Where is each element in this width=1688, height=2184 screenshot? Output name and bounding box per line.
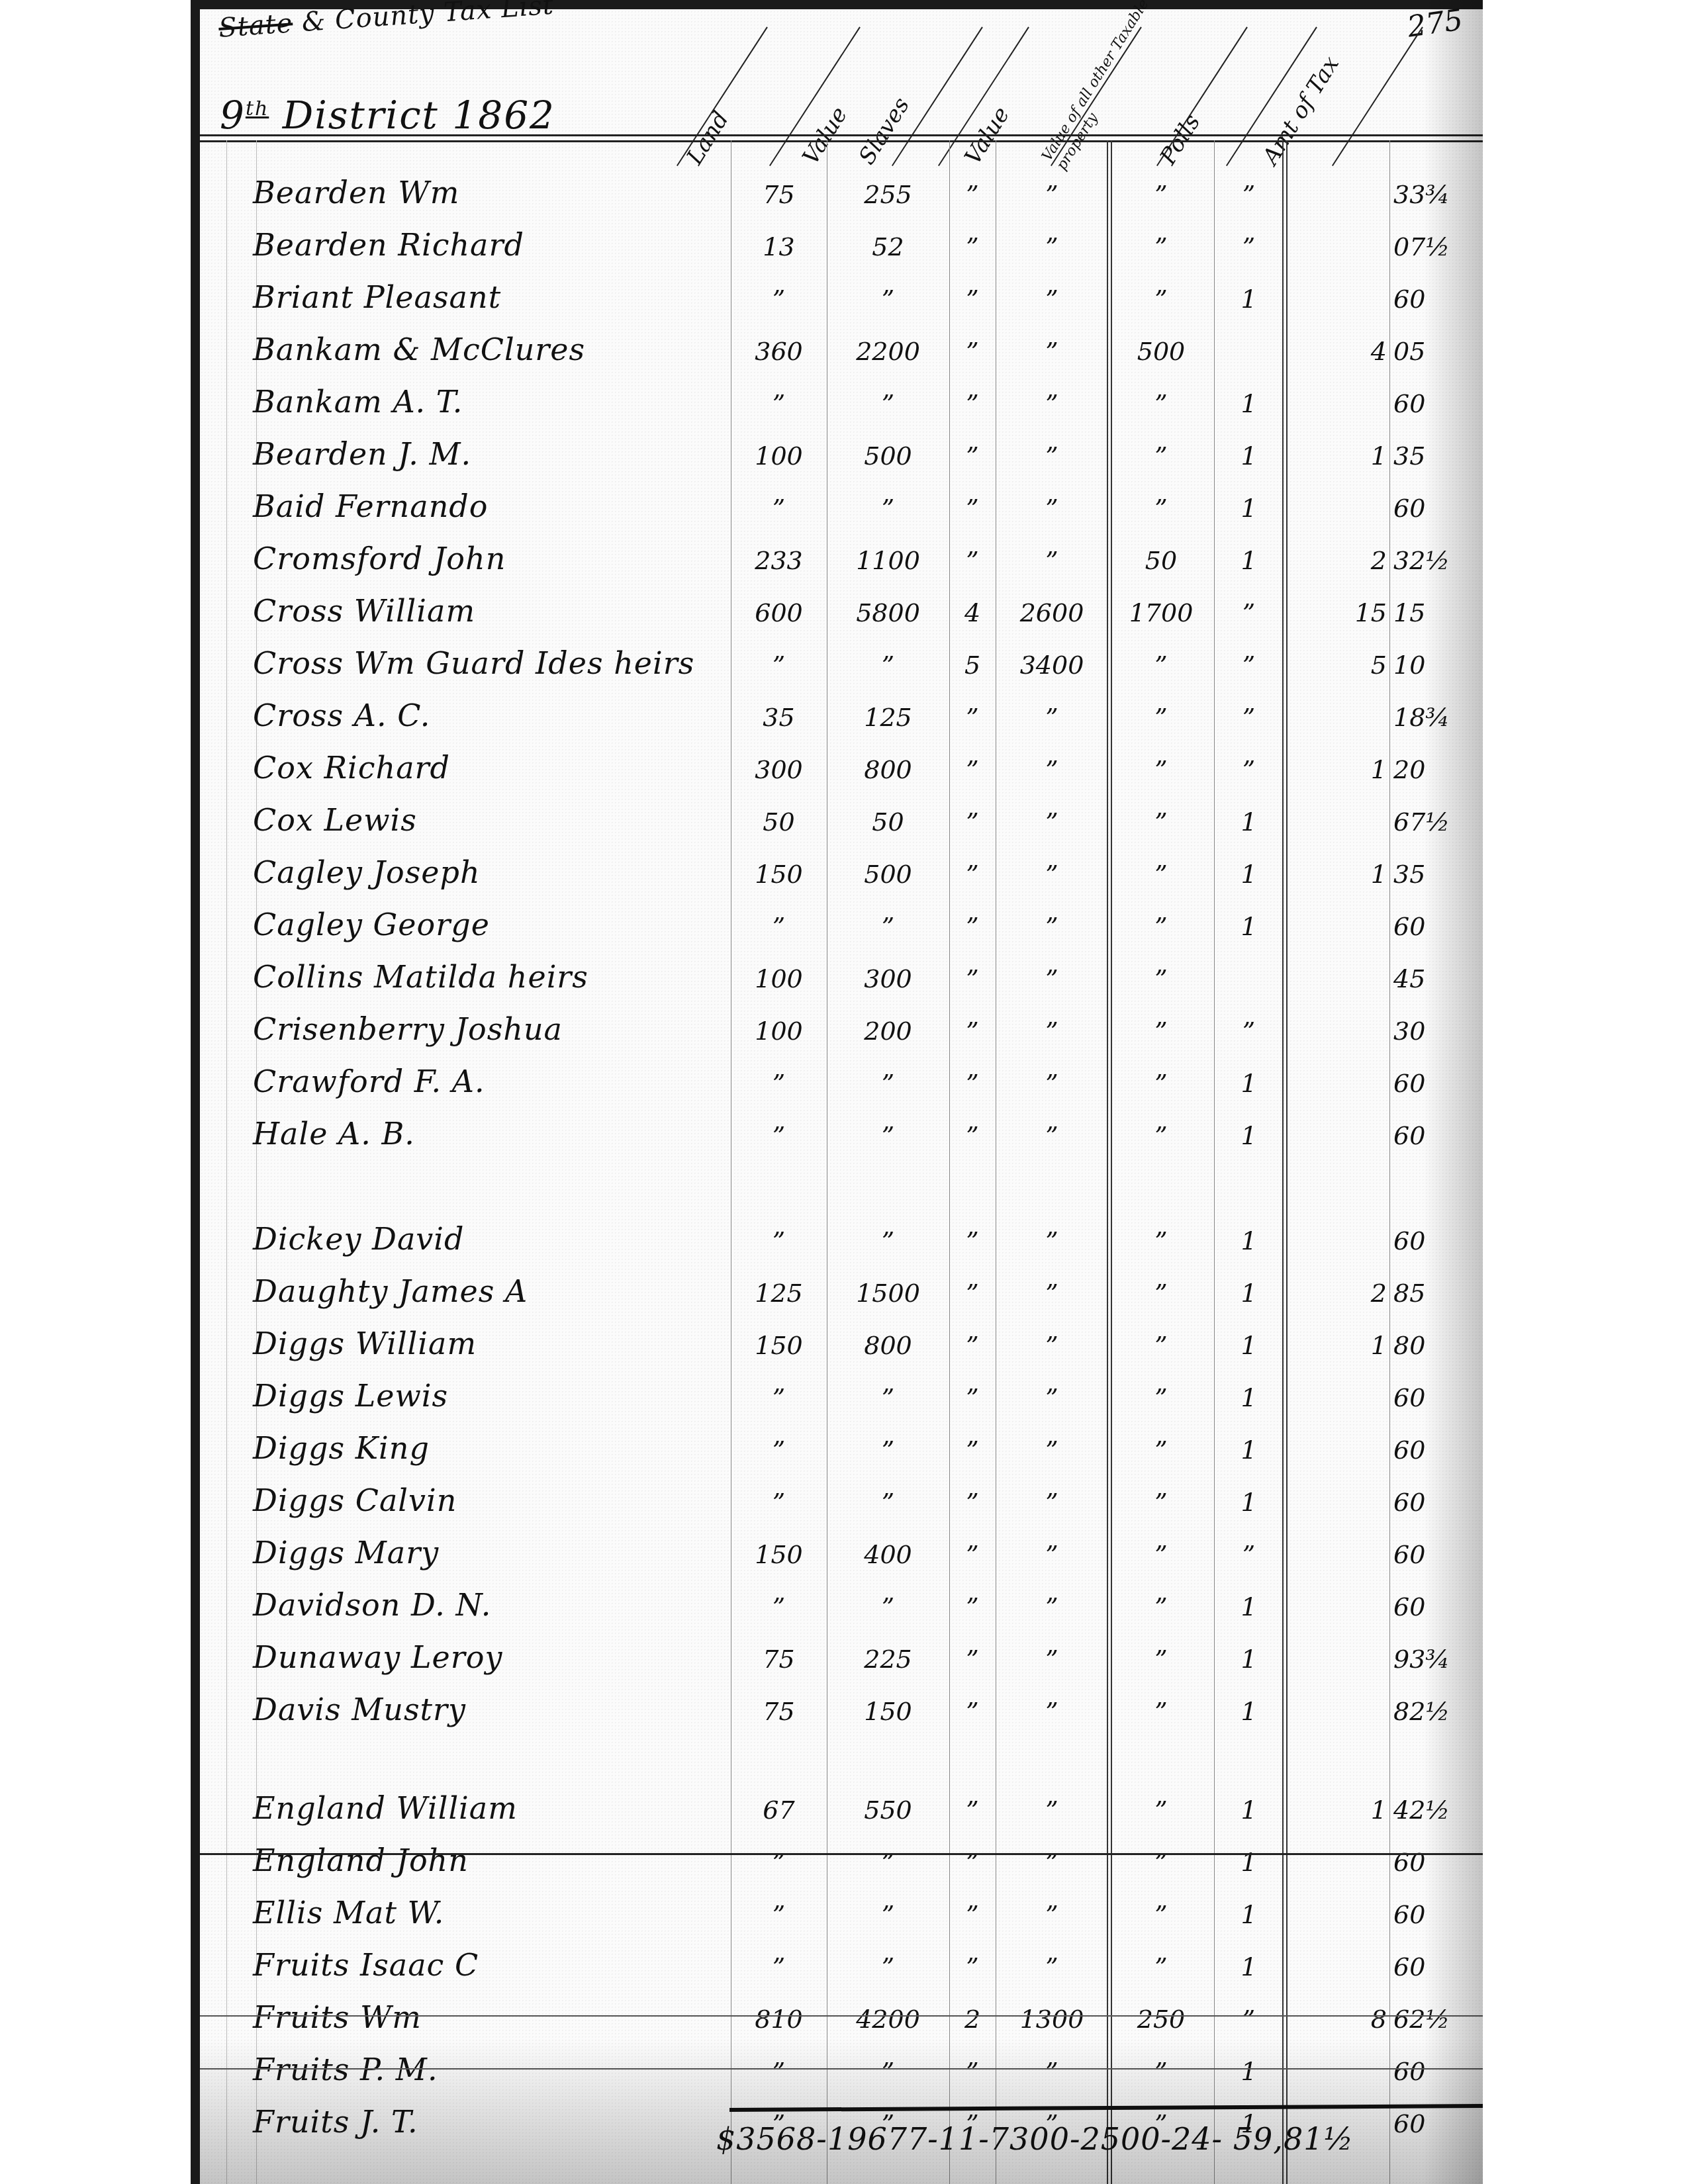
polls-cell: 1 — [1214, 807, 1284, 837]
slave-value-cell: ” — [996, 1952, 1108, 1981]
slave-value-cell: ” — [996, 1592, 1108, 1621]
table-row: Collins Matilda heirs100300”””45 — [200, 955, 1483, 1001]
land-cell: 67 — [731, 1796, 827, 1825]
other-property-cell: ” — [1108, 1900, 1214, 1929]
slave-value-cell: ” — [996, 1017, 1108, 1046]
table-row: Hale A. B.”””””160 — [200, 1112, 1483, 1158]
polls-cell: 1 — [1214, 285, 1284, 314]
tax-cents-cell: 85 — [1389, 1279, 1483, 1308]
tax-dollars-cell: 2 — [1284, 546, 1389, 575]
slave-value-cell: ” — [996, 389, 1108, 418]
taxpayer-name: Davis Mustry — [253, 1692, 466, 1727]
other-property-cell: ” — [1108, 1226, 1214, 1255]
slaves-cell: ” — [949, 1848, 996, 1877]
polls-cell: 1 — [1214, 1331, 1284, 1360]
slaves-cell: ” — [949, 1069, 996, 1098]
other-property-cell: ” — [1108, 1952, 1214, 1981]
slave-value-cell: ” — [996, 546, 1108, 575]
land-value-cell: 50 — [827, 807, 949, 837]
land-cell: ” — [731, 2057, 827, 2086]
table-row: Bankam A. T.”””””160 — [200, 380, 1483, 426]
land-value-cell: 150 — [827, 1697, 949, 1726]
tax-cents-cell: 60 — [1389, 912, 1483, 941]
table-row: Fruits Isaac C”””””160 — [200, 1943, 1483, 1989]
taxpayer-name: Bankam & McClures — [253, 332, 585, 367]
land-value-cell: 550 — [827, 1796, 949, 1825]
land-cell: 75 — [731, 180, 827, 209]
polls-cell: 1 — [1214, 1069, 1284, 1098]
tax-cents-cell: 35 — [1389, 441, 1483, 471]
land-cell: ” — [731, 1226, 827, 1255]
slave-value-cell: ” — [996, 1848, 1108, 1877]
slaves-cell: ” — [949, 1017, 996, 1046]
taxpayer-name: Cox Richard — [253, 750, 450, 786]
slaves-cell: ” — [949, 389, 996, 418]
district-title: 9th District 1862 — [220, 93, 555, 138]
land-cell: ” — [731, 1121, 827, 1150]
slaves-cell: ” — [949, 1952, 996, 1981]
land-cell: ” — [731, 389, 827, 418]
taxpayer-name: Diggs King — [253, 1430, 430, 1466]
tax-dollars-cell: 15 — [1284, 598, 1389, 627]
slaves-cell: ” — [949, 1435, 996, 1465]
slaves-cell: ” — [949, 494, 996, 523]
table-row: Davidson D. N.”””””160 — [200, 1583, 1483, 1629]
land-value-cell: 800 — [827, 1331, 949, 1360]
other-property-cell: ” — [1108, 2057, 1214, 2086]
slaves-cell: ” — [949, 703, 996, 732]
polls-cell: 1 — [1214, 912, 1284, 941]
table-row: England John”””””160 — [200, 1839, 1483, 1885]
table-row: Diggs King”””””160 — [200, 1426, 1483, 1473]
tax-cents-cell: 20 — [1389, 755, 1483, 784]
table-row: Cox Lewis5050”””167½ — [200, 798, 1483, 844]
land-value-cell: ” — [827, 651, 949, 680]
table-row: Ellis Mat W.”””””160 — [200, 1891, 1483, 1937]
other-property-cell: ” — [1108, 232, 1214, 261]
land-value-cell: ” — [827, 2057, 949, 2086]
slaves-cell: ” — [949, 860, 996, 889]
district-year: District 1862 — [269, 93, 555, 138]
slave-value-cell: ” — [996, 1900, 1108, 1929]
table-row: Bearden J. M.100500”””1135 — [200, 432, 1483, 478]
table-row: Cross Wm Guard Ides heirs””53400””510 — [200, 641, 1483, 688]
land-value-cell: 1500 — [827, 1279, 949, 1308]
land-cell: 150 — [731, 860, 827, 889]
slave-value-cell: ” — [996, 755, 1108, 784]
slave-value-cell: ” — [996, 1279, 1108, 1308]
slave-value-cell: ” — [996, 1435, 1108, 1465]
slave-value-cell: 2600 — [996, 598, 1108, 627]
tax-cents-cell: 60 — [1389, 1540, 1483, 1569]
slave-value-cell: ” — [996, 703, 1108, 732]
header-rule-lower — [200, 140, 1483, 142]
taxpayer-name: England John — [253, 1843, 469, 1878]
tax-cents-cell: 60 — [1389, 389, 1483, 418]
polls-cell: 1 — [1214, 1796, 1284, 1825]
other-property-cell: ” — [1108, 1069, 1214, 1098]
other-property-cell: ” — [1108, 860, 1214, 889]
table-row: Bearden Richard1352””””07½ — [200, 223, 1483, 269]
section-rule — [200, 2015, 1483, 2017]
land-value-cell: ” — [827, 1900, 949, 1929]
slave-value-cell: ” — [996, 1226, 1108, 1255]
table-row: Dunaway Leroy75225”””193¾ — [200, 1635, 1483, 1682]
land-cell: 35 — [731, 703, 827, 732]
slaves-cell: 4 — [949, 598, 996, 627]
table-row: Cox Richard300800””””120 — [200, 746, 1483, 792]
tax-cents-cell: 05 — [1389, 337, 1483, 366]
table-row: Crawford F. A.”””””160 — [200, 1060, 1483, 1106]
tax-cents-cell: 60 — [1389, 1226, 1483, 1255]
land-value-cell: ” — [827, 912, 949, 941]
other-property-cell: 1700 — [1108, 598, 1214, 627]
taxpayer-name: Cox Lewis — [253, 802, 417, 838]
land-cell: ” — [731, 1592, 827, 1621]
taxpayer-name: Collins Matilda heirs — [253, 959, 588, 995]
other-property-cell: 250 — [1108, 2005, 1214, 2034]
polls-cell: 1 — [1214, 1226, 1284, 1255]
polls-cell: 1 — [1214, 1279, 1284, 1308]
tax-dollars-cell: 1 — [1284, 441, 1389, 471]
slave-value-cell: ” — [996, 180, 1108, 209]
polls-cell: ” — [1214, 651, 1284, 680]
slave-value-cell: ” — [996, 1331, 1108, 1360]
slaves-cell: ” — [949, 1331, 996, 1360]
land-value-cell: 255 — [827, 180, 949, 209]
polls-cell: 1 — [1214, 1435, 1284, 1465]
tax-dollars-cell: 1 — [1284, 1331, 1389, 1360]
taxpayer-name: Dunaway Leroy — [253, 1639, 502, 1675]
tax-cents-cell: 42½ — [1389, 1796, 1483, 1825]
struck-word: State — [218, 8, 294, 44]
polls-cell: 1 — [1214, 1121, 1284, 1150]
taxpayer-name: Crawford F. A. — [253, 1064, 485, 1099]
other-property-cell: ” — [1108, 1540, 1214, 1569]
land-value-cell: ” — [827, 1952, 949, 1981]
table-row: Daughty James A1251500”””1285 — [200, 1269, 1483, 1316]
slaves-cell: ” — [949, 1900, 996, 1929]
slave-value-cell: ” — [996, 1540, 1108, 1569]
table-row: Cross William6005800426001700”1515 — [200, 589, 1483, 635]
other-property-cell: 50 — [1108, 546, 1214, 575]
taxpayer-name: Bankam A. T. — [253, 384, 463, 420]
slave-value-cell: 1300 — [996, 2005, 1108, 2034]
land-value-cell: 2200 — [827, 337, 949, 366]
land-cell: ” — [731, 1435, 827, 1465]
table-row: Dickey David”””””160 — [200, 1217, 1483, 1263]
land-cell: 13 — [731, 232, 827, 261]
section-rule — [200, 2068, 1483, 2070]
polls-cell: 1 — [1214, 441, 1284, 471]
land-value-cell: ” — [827, 1435, 949, 1465]
other-property-cell: ” — [1108, 807, 1214, 837]
land-cell: 233 — [731, 546, 827, 575]
other-property-cell: ” — [1108, 1121, 1214, 1150]
other-property-cell: ” — [1108, 1435, 1214, 1465]
land-value-cell: 4200 — [827, 2005, 949, 2034]
table-row: Diggs Calvin”””””160 — [200, 1479, 1483, 1525]
slave-value-cell: ” — [996, 964, 1108, 993]
slave-value-cell: 3400 — [996, 651, 1108, 680]
section-rule — [200, 1853, 1483, 1855]
slaves-cell: ” — [949, 1592, 996, 1621]
other-property-cell: ” — [1108, 912, 1214, 941]
table-row: Diggs William150800”””1180 — [200, 1322, 1483, 1368]
slave-value-cell: ” — [996, 232, 1108, 261]
tax-cents-cell: 10 — [1389, 651, 1483, 680]
land-cell: ” — [731, 1488, 827, 1517]
tax-cents-cell: 18¾ — [1389, 703, 1483, 732]
land-cell: 100 — [731, 441, 827, 471]
other-property-cell: 500 — [1108, 337, 1214, 366]
tax-cents-cell: 45 — [1389, 964, 1483, 993]
polls-cell: ” — [1214, 1017, 1284, 1046]
other-property-cell: ” — [1108, 651, 1214, 680]
taxpayer-name: Diggs Calvin — [253, 1482, 457, 1518]
land-cell: 150 — [731, 1331, 827, 1360]
taxpayer-name: Fruits J. T. — [253, 2104, 418, 2140]
taxpayer-name: Daughty James A — [253, 1273, 528, 1309]
slaves-cell: ” — [949, 441, 996, 471]
taxpayer-name: Bearden Richard — [253, 227, 524, 263]
land-value-cell: ” — [827, 1226, 949, 1255]
polls-cell: ” — [1214, 755, 1284, 784]
other-property-cell: ” — [1108, 441, 1214, 471]
polls-cell: 1 — [1214, 1952, 1284, 1981]
ordinal-suffix: th — [246, 97, 269, 120]
taxpayer-name: Cross A. C. — [253, 698, 430, 733]
other-property-cell: ” — [1108, 1796, 1214, 1825]
land-cell: ” — [731, 1900, 827, 1929]
land-value-cell: ” — [827, 1069, 949, 1098]
slave-value-cell: ” — [996, 285, 1108, 314]
slaves-cell: 5 — [949, 651, 996, 680]
slaves-cell: ” — [949, 1226, 996, 1255]
land-value-cell: ” — [827, 1592, 949, 1621]
land-cell: 300 — [731, 755, 827, 784]
land-cell: 810 — [731, 2005, 827, 2034]
table-row: England William67550”””1142½ — [200, 1786, 1483, 1833]
slaves-cell: ” — [949, 546, 996, 575]
other-property-cell: ” — [1108, 180, 1214, 209]
table-row: Fruits Wm810420021300250”862½ — [200, 1995, 1483, 2042]
table-row: Bearden Wm75255””””33¾ — [200, 171, 1483, 217]
tax-dollars-cell: 1 — [1284, 1796, 1389, 1825]
tax-cents-cell: 33¾ — [1389, 180, 1483, 209]
land-value-cell: 52 — [827, 232, 949, 261]
polls-cell: 1 — [1214, 389, 1284, 418]
binding-mark — [195, 490, 200, 536]
tax-cents-cell: 82½ — [1389, 1697, 1483, 1726]
tax-cents-cell: 60 — [1389, 1592, 1483, 1621]
land-cell: ” — [731, 1383, 827, 1412]
slaves-cell: ” — [949, 1279, 996, 1308]
polls-cell: 1 — [1214, 860, 1284, 889]
totals-line: $3568-19677-11-7300-2500-24- 59,81½ — [716, 2121, 1354, 2157]
tax-list-page: State & County Tax List 9th District 186… — [191, 0, 1483, 2184]
polls-cell: 1 — [1214, 494, 1284, 523]
table-row: Fruits P. M.”””””160 — [200, 2048, 1483, 2094]
land-value-cell: 225 — [827, 1645, 949, 1674]
tax-cents-cell: 30 — [1389, 1017, 1483, 1046]
slave-value-cell: ” — [996, 1121, 1108, 1150]
polls-cell: ” — [1214, 180, 1284, 209]
tax-dollars-cell: 8 — [1284, 2005, 1389, 2034]
other-property-cell: ” — [1108, 755, 1214, 784]
land-value-cell: 500 — [827, 441, 949, 471]
table-row: Baid Fernando”””””160 — [200, 484, 1483, 531]
other-property-cell: ” — [1108, 703, 1214, 732]
taxpayer-name: Briant Pleasant — [253, 279, 501, 315]
other-property-cell: ” — [1108, 1383, 1214, 1412]
taxpayer-name: Davidson D. N. — [253, 1587, 491, 1623]
land-value-cell: ” — [827, 285, 949, 314]
table-row: Diggs Mary150400””””60 — [200, 1531, 1483, 1577]
other-property-cell: ” — [1108, 1697, 1214, 1726]
slaves-cell: ” — [949, 232, 996, 261]
tax-cents-cell: 60 — [1389, 1848, 1483, 1877]
land-value-cell: 800 — [827, 755, 949, 784]
tax-dollars-cell: 1 — [1284, 755, 1389, 784]
taxpayer-name: Cromsford John — [253, 541, 506, 576]
land-cell: 150 — [731, 1540, 827, 1569]
district-number: 9 — [220, 93, 246, 138]
land-value-cell: 5800 — [827, 598, 949, 627]
land-value-cell: ” — [827, 1848, 949, 1877]
taxpayer-name: Hale A. B. — [253, 1116, 415, 1152]
other-property-cell: ” — [1108, 1848, 1214, 1877]
tax-cents-cell: 80 — [1389, 1331, 1483, 1360]
other-property-cell: ” — [1108, 1017, 1214, 1046]
taxpayer-name: England William — [253, 1790, 518, 1826]
tax-cents-cell: 60 — [1389, 1383, 1483, 1412]
land-value-cell: 125 — [827, 703, 949, 732]
other-property-cell: ” — [1108, 1331, 1214, 1360]
land-cell: 100 — [731, 964, 827, 993]
land-cell: 50 — [731, 807, 827, 837]
table-row: Crisenberry Joshua100200””””30 — [200, 1007, 1483, 1054]
taxpayer-name: Fruits Isaac C — [253, 1947, 479, 1983]
land-cell: ” — [731, 651, 827, 680]
heading-text: & County Tax List — [292, 0, 555, 38]
tax-cents-cell: 60 — [1389, 2057, 1483, 2086]
tax-cents-cell: 93¾ — [1389, 1645, 1483, 1674]
polls-cell: 1 — [1214, 1592, 1284, 1621]
tax-cents-cell: 60 — [1389, 1900, 1483, 1929]
land-value-cell: 1100 — [827, 546, 949, 575]
table-row: Diggs Lewis”””””160 — [200, 1374, 1483, 1420]
taxpayer-name: Cagley George — [253, 907, 490, 942]
slave-value-cell: ” — [996, 2057, 1108, 2086]
land-cell: 75 — [731, 1645, 827, 1674]
polls-cell: ” — [1214, 1540, 1284, 1569]
land-cell: ” — [731, 912, 827, 941]
polls-cell: ” — [1214, 2005, 1284, 2034]
other-property-cell: ” — [1108, 964, 1214, 993]
tax-cents-cell: 07½ — [1389, 232, 1483, 261]
taxpayer-name: Cagley Joseph — [253, 854, 481, 890]
slave-value-cell: ” — [996, 860, 1108, 889]
tax-cents-cell: 15 — [1389, 598, 1483, 627]
land-value-cell: ” — [827, 494, 949, 523]
tax-dollars-cell: 5 — [1284, 651, 1389, 680]
land-cell: ” — [731, 1848, 827, 1877]
tax-cents-cell: 60 — [1389, 285, 1483, 314]
table-row: Bankam & McClures3602200””500405 — [200, 328, 1483, 374]
polls-cell: 1 — [1214, 546, 1284, 575]
slaves-cell: ” — [949, 807, 996, 837]
slaves-cell: ” — [949, 1488, 996, 1517]
slaves-cell: ” — [949, 964, 996, 993]
slave-value-cell: ” — [996, 1697, 1108, 1726]
slave-value-cell: ” — [996, 337, 1108, 366]
slave-value-cell: ” — [996, 912, 1108, 941]
slaves-cell: ” — [949, 755, 996, 784]
tax-cents-cell: 67½ — [1389, 807, 1483, 837]
slaves-cell: ” — [949, 285, 996, 314]
land-cell: 360 — [731, 337, 827, 366]
slave-value-cell: ” — [996, 807, 1108, 837]
other-property-cell: ” — [1108, 494, 1214, 523]
slave-value-cell: ” — [996, 441, 1108, 471]
slaves-cell: ” — [949, 1383, 996, 1412]
taxpayer-name: Diggs Lewis — [253, 1378, 448, 1414]
slave-value-cell: ” — [996, 1383, 1108, 1412]
land-value-cell: ” — [827, 389, 949, 418]
table-row: Cagley Joseph150500”””1135 — [200, 850, 1483, 897]
tax-cents-cell: 60 — [1389, 1121, 1483, 1150]
slaves-cell: ” — [949, 1697, 996, 1726]
polls-cell: 1 — [1214, 1848, 1284, 1877]
tax-cents-cell: 35 — [1389, 860, 1483, 889]
table-row: Briant Pleasant”””””160 — [200, 275, 1483, 322]
other-property-cell: ” — [1108, 1488, 1214, 1517]
polls-cell: ” — [1214, 598, 1284, 627]
tax-cents-cell: 60 — [1389, 1488, 1483, 1517]
polls-cell: ” — [1214, 703, 1284, 732]
polls-cell: 1 — [1214, 2057, 1284, 2086]
table-row: Cagley George”””””160 — [200, 903, 1483, 949]
land-value-cell: 300 — [827, 964, 949, 993]
tax-cents-cell: 32½ — [1389, 546, 1483, 575]
polls-cell: 1 — [1214, 1383, 1284, 1412]
tax-cents-cell: 60 — [1389, 2109, 1483, 2138]
other-property-cell: ” — [1108, 1592, 1214, 1621]
table-row: Cromsford John2331100””501232½ — [200, 537, 1483, 583]
tax-dollars-cell: 2 — [1284, 1279, 1389, 1308]
other-property-cell: ” — [1108, 389, 1214, 418]
taxpayer-name: Baid Fernando — [253, 488, 488, 524]
slaves-cell: ” — [949, 337, 996, 366]
land-cell: ” — [731, 1069, 827, 1098]
land-cell: 125 — [731, 1279, 827, 1308]
taxpayer-name: Cross Wm Guard Ides heirs — [253, 645, 694, 681]
slave-value-cell: ” — [996, 494, 1108, 523]
slaves-cell: 2 — [949, 2005, 996, 2034]
land-cell: ” — [731, 285, 827, 314]
tax-cents-cell: 60 — [1389, 1069, 1483, 1098]
slaves-cell: ” — [949, 1121, 996, 1150]
tax-cents-cell: 62½ — [1389, 2005, 1483, 2034]
land-cell: 100 — [731, 1017, 827, 1046]
slave-value-cell: ” — [996, 1645, 1108, 1674]
taxpayer-name: Cross William — [253, 593, 475, 629]
tax-cents-cell: 60 — [1389, 1952, 1483, 1981]
taxpayer-name: Ellis Mat W. — [253, 1895, 444, 1931]
slaves-cell: ” — [949, 2057, 996, 2086]
tax-cents-cell: 60 — [1389, 1435, 1483, 1465]
